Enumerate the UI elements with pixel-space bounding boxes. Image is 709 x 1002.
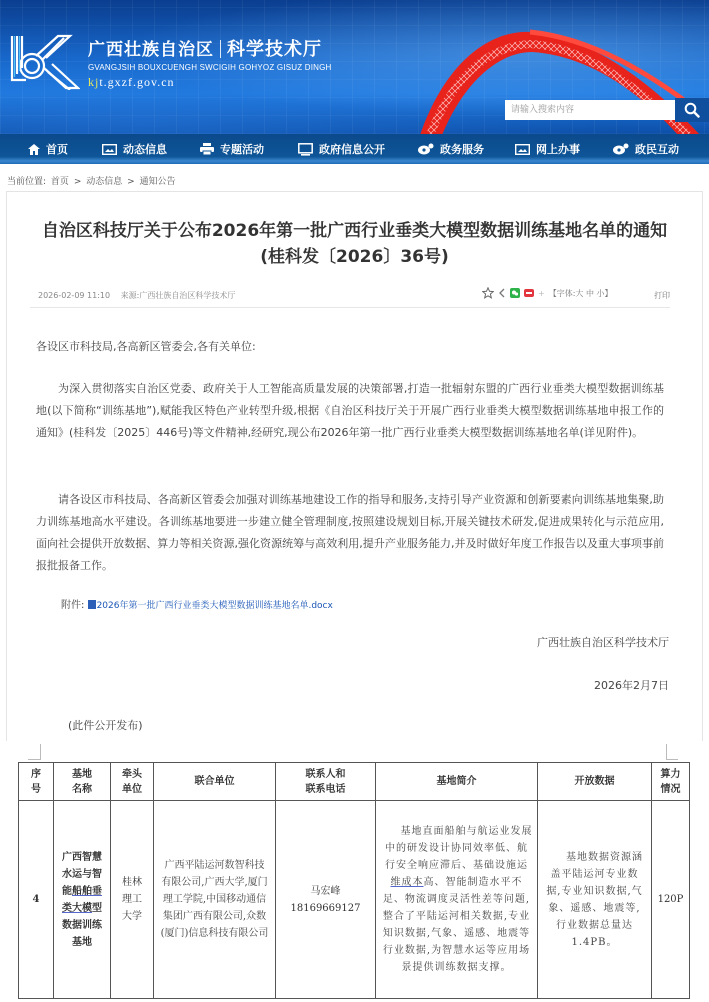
nav-item-special-events[interactable]: 专题活动 xyxy=(200,134,264,164)
printer-icon xyxy=(200,143,214,155)
article-source: 来源:广西壮族自治区科学技术厅 xyxy=(121,291,236,300)
col-header-contact: 联系人和联系电话 xyxy=(276,763,376,801)
site-logo-icon[interactable] xyxy=(6,32,80,90)
cell-partners: 广西平陆运河数智科技有限公司,广西大学,厦门理工学院,中国移动通信集团广西有限公… xyxy=(154,801,276,999)
image-icon xyxy=(515,144,530,155)
share-icon[interactable] xyxy=(498,288,506,298)
site-name-cn: 广西壮族自治区 xyxy=(88,40,214,60)
site-name-en: GVANGJSIH BOUXCUENGH SWCIGIH GOHYOZ GISU… xyxy=(88,63,332,72)
col-header-compute: 算力情况 xyxy=(652,763,690,801)
main-nav: 首页 动态信息 专题活动 政府信息公开 政务服务 网上办事 政民互动 xyxy=(0,134,709,164)
site-url-prefix: kj xyxy=(88,75,99,89)
article-paragraph: 请各设区市科技局、各高新区管委会加强对训练基地建设工作的指导和服务,支持引导产业… xyxy=(36,489,664,577)
doc-page-corner-mark xyxy=(666,759,678,760)
nav-label: 政务服务 xyxy=(440,141,484,157)
contact-name: 马宏峰 xyxy=(276,883,375,900)
cell-contact: 马宏峰 18169669127 xyxy=(276,801,376,999)
cell-lead-unit: 桂林理工大学 xyxy=(111,801,154,999)
nav-item-home[interactable]: 首页 xyxy=(28,134,68,164)
breadcrumb: 当前位置: 首页 > 动态信息 > 通知公告 xyxy=(7,174,178,187)
title-divider xyxy=(220,40,221,58)
attachment: 附件: 2026年第一批广西行业垂类大模型数据训练基地名单.docx xyxy=(61,596,333,611)
doc-page-corner-mark xyxy=(40,744,41,760)
nav-item-online-services[interactable]: 网上办事 xyxy=(515,134,580,164)
breadcrumb-prefix: 当前位置: xyxy=(7,177,46,187)
col-header-intro: 基地简介 xyxy=(376,763,538,801)
nav-label: 网上办事 xyxy=(536,141,580,157)
doc-page-corner-mark xyxy=(28,759,40,760)
weibo-share-icon[interactable] xyxy=(524,289,534,297)
search-input[interactable]: 请输入搜索内容 xyxy=(505,100,675,120)
breadcrumb-link-notices[interactable]: 通知公告 xyxy=(140,177,176,187)
attachment-link[interactable]: 2026年第一批广西行业垂类大模型数据训练基地名单.docx xyxy=(88,601,333,611)
home-icon xyxy=(28,144,40,155)
article-title-line2: (桂科发〔2026〕36号) xyxy=(0,244,709,270)
site-url-rest: t.gxzf.gov.cn xyxy=(99,75,174,89)
breadcrumb-link-home[interactable]: 首页 xyxy=(51,177,69,187)
nav-label: 动态信息 xyxy=(123,141,167,157)
nav-label: 首页 xyxy=(46,141,68,157)
attachment-label: 附件: xyxy=(61,600,84,611)
public-release-note: (此件公开发布) xyxy=(68,717,143,733)
cell-base-name: 广西智慧水运与智能船舶垂类大模型数据训练基地 xyxy=(54,801,111,999)
article-meta: 2026-02-09 11:10 来源:广西壮族自治区科学技术厅 xyxy=(38,290,235,301)
article-paragraph: 为深入贯彻落实自治区党委、政府关于人工智能高质量发展的决策部署,打造一批辐射东盟… xyxy=(36,378,664,444)
nav-label: 政府信息公开 xyxy=(319,141,385,157)
article-title-line1: 自治区科技厅关于公布2026年第一批广西行业垂类大模型数据训练基地名单的通知 xyxy=(0,218,709,244)
font-size-control[interactable]: 【字体:大 中 小】 xyxy=(549,288,613,299)
word-doc-icon xyxy=(88,600,96,609)
nav-label: 政民互动 xyxy=(635,141,679,157)
image-icon xyxy=(102,144,117,155)
favorite-star-icon[interactable] xyxy=(482,287,494,299)
doc-page-corner-mark xyxy=(666,744,667,760)
site-header-banner: 广西壮族自治区科学技术厅 GVANGJSIH BOUXCUENGH SWCIGI… xyxy=(0,0,709,134)
col-header-open-data: 开放数据 xyxy=(538,763,652,801)
search-button[interactable] xyxy=(675,98,709,122)
cell-compute: 120P xyxy=(652,801,690,999)
nav-item-news[interactable]: 动态信息 xyxy=(102,134,167,164)
col-header-base-name: 基地名称 xyxy=(54,763,111,801)
training-base-list-table: 序号 基地名称 牵头单位 联合单位 联系人和联系电话 基地简介 开放数据 算力情… xyxy=(18,762,690,999)
monitor-icon xyxy=(298,143,313,156)
article-container xyxy=(6,191,703,741)
site-title[interactable]: 广西壮族自治区科学技术厅 xyxy=(88,35,322,61)
cell-open-data: 基地数据资源涵盖平陆运河专业数据,专业知识数据,气象、遥感、地震等,行业数据总量… xyxy=(538,801,652,999)
nav-item-gov-services[interactable]: 政务服务 xyxy=(418,134,484,164)
breadcrumb-link-news[interactable]: 动态信息 xyxy=(86,177,122,187)
chat-bubble-icon xyxy=(613,143,629,155)
publish-date: 2026-02-09 11:10 xyxy=(38,291,110,300)
attachment-filename: 2026年第一批广西行业垂类大模型数据训练基地名单.docx xyxy=(97,601,333,611)
chat-bubble-icon xyxy=(418,143,434,155)
col-header-lead-unit: 牵头单位 xyxy=(111,763,154,801)
table-header-row: 序号 基地名称 牵头单位 联合单位 联系人和联系电话 基地简介 开放数据 算力情… xyxy=(19,763,690,801)
search-icon xyxy=(684,102,700,118)
article-title: 自治区科技厅关于公布2026年第一批广西行业垂类大模型数据训练基地名单的通知 (… xyxy=(0,218,709,270)
nav-item-citizen-interaction[interactable]: 政民互动 xyxy=(613,134,679,164)
signature-date: 2026年2月7日 xyxy=(594,677,669,693)
col-header-partners: 联合单位 xyxy=(154,763,276,801)
dept-name-cn: 科学技术厅 xyxy=(227,39,322,60)
signature-organization: 广西壮族自治区科学技术厅 xyxy=(537,634,669,650)
cell-intro: 基地直面船舶与航运业发展中的研发设计协同效率低、航行安全响应滞后、基础设施运维成… xyxy=(376,801,538,999)
cell-seq: 4 xyxy=(19,801,54,999)
nav-label: 专题活动 xyxy=(220,141,264,157)
table-row: 4 广西智慧水运与智能船舶垂类大模型数据训练基地 桂林理工大学 广西平陆运河数智… xyxy=(19,801,690,999)
meta-divider xyxy=(30,307,670,308)
more-share-icon[interactable]: + xyxy=(538,289,545,298)
col-header-seq: 序号 xyxy=(19,763,54,801)
breadcrumb-separator: > xyxy=(74,177,82,187)
breadcrumb-separator: > xyxy=(127,177,135,187)
print-button[interactable]: 打印 xyxy=(654,290,670,301)
nav-item-gov-info-public[interactable]: 政府信息公开 xyxy=(298,134,385,164)
wechat-share-icon[interactable] xyxy=(510,288,520,298)
article-greeting: 各设区市科技局,各高新区管委会,各有关单位: xyxy=(36,336,664,358)
article-tools: + 【字体:大 中 小】 xyxy=(482,287,616,299)
site-url[interactable]: kjt.gxzf.gov.cn xyxy=(88,75,175,90)
contact-phone: 18169669127 xyxy=(276,900,375,917)
